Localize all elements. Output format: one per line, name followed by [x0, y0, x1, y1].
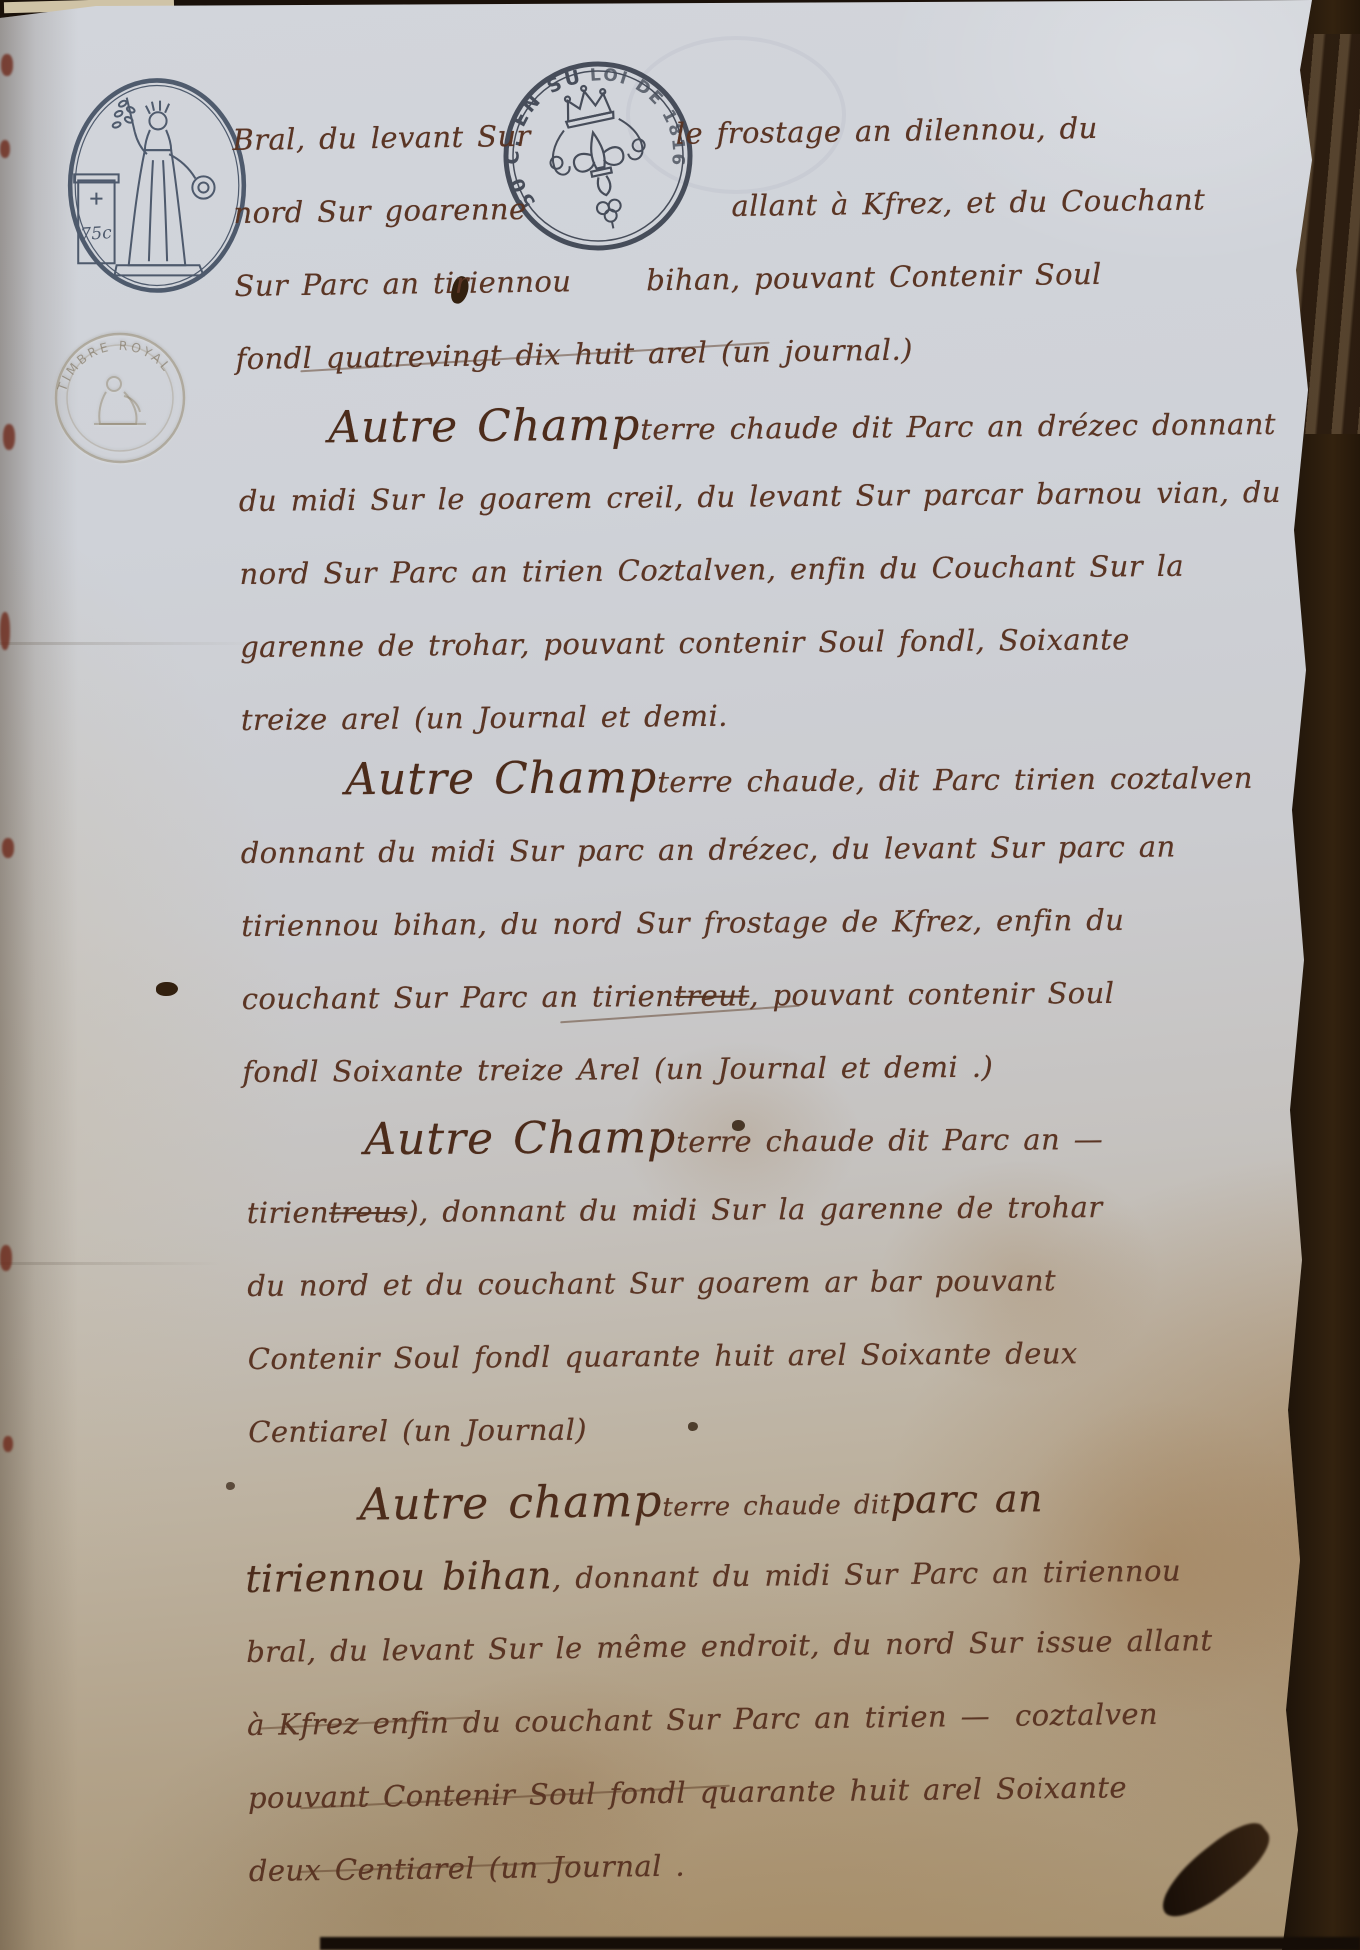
handwritten-text: donnant du midi Sur parc an drézec, du l…	[241, 810, 1176, 890]
handwritten-text: treut	[674, 959, 750, 1033]
handwritten-text: Autre champ	[359, 1465, 663, 1542]
handwritten-text: du midi Sur le goarem creil, du levant S…	[239, 456, 1282, 538]
manuscript-line: du nord et du couchant Sur goarem ar bar…	[247, 1244, 1104, 1323]
manuscript-text: Bral, du levant Surle frostage an dilenn…	[0, 0, 1336, 1950]
handwritten-text: terre chaude dit	[662, 1469, 891, 1545]
handwritten-text: Bral, du levant Sur	[232, 100, 531, 177]
manuscript-line: pouvant Contenir Soul fondl quarante hui…	[248, 1750, 1215, 1835]
manuscript-line: bral, du levant Sur le même endroit, du …	[246, 1604, 1213, 1689]
paragraph: Autre Champ terre chaude dit Parc an —ti…	[246, 1098, 1105, 1469]
handwritten-text: , pouvant contenir Soul	[749, 957, 1115, 1033]
handwritten-text: nord Sur goarenne	[233, 173, 527, 250]
handwritten-text: couchant Sur Parc an tirien	[242, 960, 675, 1036]
handwritten-text: à Kfrez enfin du couchant Sur Parc an ti…	[247, 1680, 991, 1762]
handwritten-text: tirien	[247, 1176, 330, 1250]
manuscript-line: tiriennou bihan, donnant du midi Sur Par…	[245, 1531, 1212, 1616]
handwritten-text: ), donnant du midi Sur la garenne de tro…	[407, 1171, 1103, 1249]
manuscript-line: Contenir Soul fondl quarante huit arel S…	[248, 1317, 1105, 1396]
handwritten-text: nord Sur Parc an tirien Coztalven, enfin…	[239, 530, 1184, 611]
paragraph: Autre Champ terre chaude, dit Parc tirie…	[240, 737, 1255, 1109]
manuscript-line: fondl quatrevingt dix huit arel (un jour…	[235, 309, 1208, 396]
paragraph: Bral, du levant Surle frostage an dilenn…	[232, 90, 1208, 396]
manuscript-line: nord Sur Parc an tirien Coztalven, enfin…	[239, 529, 1282, 611]
paragraph: Autre Champ terre chaude dit Parc an dré…	[238, 383, 1283, 757]
handwritten-text: tiriennou bihan, du nord Sur frostage de…	[241, 884, 1125, 963]
handwritten-text: du nord et du couchant Sur goarem ar bar…	[247, 1244, 1056, 1323]
handwritten-text: garenne de trohar, pouvant contenir Soul…	[240, 603, 1130, 684]
manuscript-page: 75c	[0, 0, 1360, 1950]
handwritten-text: fondl quatrevingt dix huit arel (un jour…	[235, 314, 913, 396]
handwritten-text: le frostage an dilennou, du	[675, 92, 1098, 171]
manuscript-line: Autre Champ terre chaude dit Parc an dré…	[328, 383, 1281, 464]
handwritten-text: coztalven	[1015, 1678, 1159, 1753]
manuscript-line: tirien treus), donnant du midi Sur la ga…	[247, 1171, 1104, 1250]
handwritten-text: parc an	[890, 1462, 1043, 1537]
handwritten-text: Centiarel (un Journal)	[248, 1394, 587, 1469]
paragraph: Autre champ terre chaude dit parc antiri…	[244, 1458, 1216, 1908]
handwritten-text: treus	[329, 1176, 408, 1250]
handwritten-text: Autre Champ	[364, 1101, 676, 1176]
manuscript-line: donnant du midi Sur parc an drézec, du l…	[241, 810, 1254, 890]
handwritten-text: Sur Parc an tiriennou	[234, 245, 572, 323]
manuscript-line: à Kfrez enfin du couchant Sur Parc an ti…	[247, 1677, 1214, 1762]
handwritten-text: deux Centiarel (un Journal .	[248, 1830, 685, 1908]
manuscript-line: Autre Champ terre chaude, dit Parc tirie…	[345, 737, 1253, 816]
handwritten-text: tiriennou bihan	[245, 1539, 553, 1616]
manuscript-line: Autre champ terre chaude dit parc an	[359, 1458, 1211, 1541]
manuscript-line: Bral, du levant Surle frostage an dilenn…	[232, 90, 1205, 177]
handwritten-text: Autre Champ	[328, 388, 641, 464]
manuscript-line: nord Sur goarenneallant à Kfrez, et du C…	[233, 163, 1206, 250]
handwritten-text: Contenir Soul fondl quarante huit arel S…	[248, 1317, 1078, 1396]
manuscript-line: du midi Sur le goarem creil, du levant S…	[239, 456, 1282, 538]
manuscript-line: tiriennou bihan, du nord Sur frostage de…	[241, 883, 1254, 963]
manuscript-line: couchant Sur Parc an tirien treut, pouva…	[242, 956, 1255, 1036]
handwritten-text: bihan, pouvant Contenir Soul	[646, 238, 1102, 317]
handwritten-text: terre chaude, dit Parc tirien coztalven	[657, 742, 1253, 819]
manuscript-line: Autre Champ terre chaude dit Parc an —	[364, 1098, 1103, 1176]
bottom-shadow-edge	[320, 1937, 1360, 1950]
handwritten-text: fondl Soixante treize Arel (un Journal e…	[242, 1031, 993, 1109]
handwritten-text: terre chaude dit Parc an —	[676, 1103, 1103, 1179]
manuscript-line: deux Centiarel (un Journal .	[248, 1823, 1215, 1908]
handwritten-text: pouvant Contenir Soul fondl quarante hui…	[248, 1751, 1128, 1835]
handwritten-text: bral, du levant Sur le même endroit, du …	[246, 1604, 1213, 1689]
handwritten-text: terre chaude dit Parc an drézec donnant	[640, 388, 1276, 467]
manuscript-line: garenne de trohar, pouvant contenir Soul…	[240, 602, 1283, 684]
paper-sheet: 75c	[0, 0, 1336, 1950]
handwritten-text: , donnant du midi Sur Parc an tiriennou	[552, 1535, 1182, 1616]
manuscript-line: Centiarel (un Journal)	[248, 1390, 1105, 1469]
manuscript-line: Sur Parc an tiriennoubihan, pouvant Cont…	[234, 236, 1207, 323]
handwritten-text: allant à Kfrez, et du Couchant	[731, 163, 1206, 243]
handwritten-text: Autre Champ	[345, 741, 657, 816]
manuscript-line: fondl Soixante treize Arel (un Journal e…	[242, 1029, 1255, 1109]
